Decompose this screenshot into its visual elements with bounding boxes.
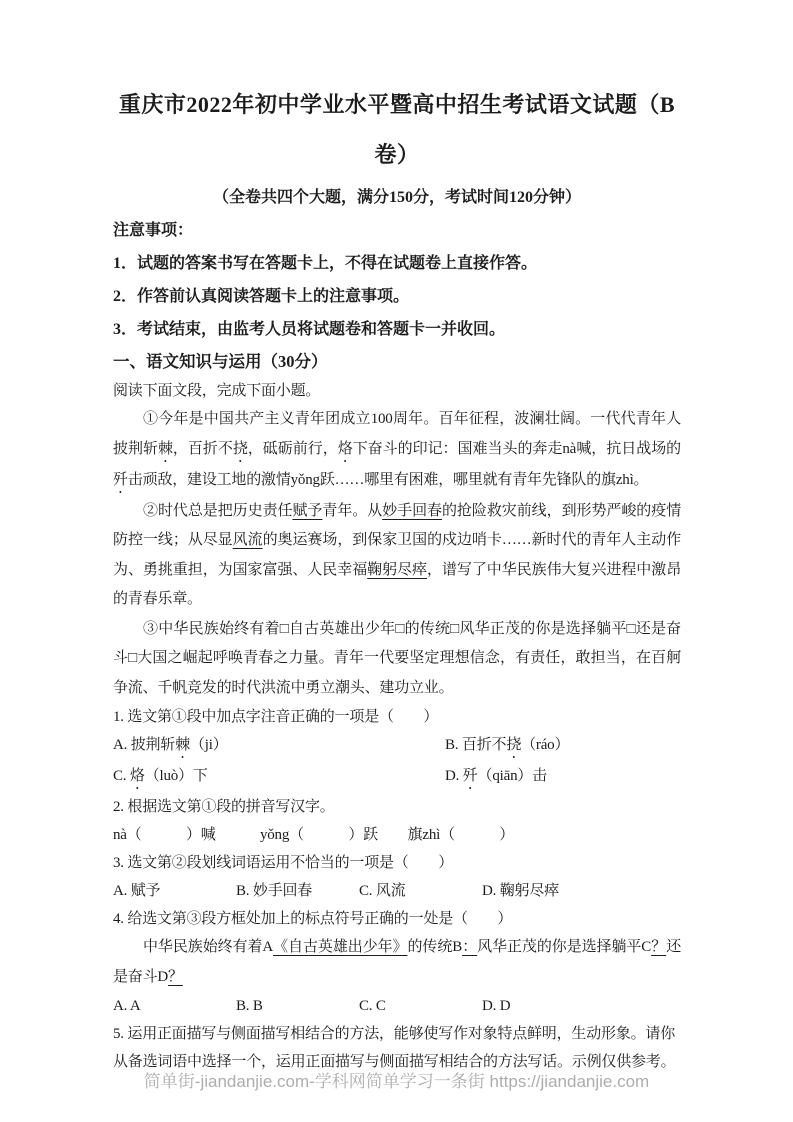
text-segment: D — [500, 998, 511, 1014]
option-label: C. — [359, 883, 376, 899]
option-label: A. — [113, 883, 131, 899]
text-segment: （luò）下 — [145, 768, 208, 784]
text-segment: 烙 — [338, 441, 353, 457]
option-label: D. — [482, 998, 500, 1014]
option-B: B. 百折不挠（ráo） — [445, 731, 569, 762]
text-segment: 赋予 — [131, 883, 161, 899]
text-segment: 中华民族始终有着A — [143, 939, 273, 955]
text-segment: （qiān）击 — [478, 768, 547, 784]
text-segment: 歼 — [463, 768, 478, 784]
option-A: A. 赋予 — [113, 877, 236, 905]
pinyin-fill-line: nà（ ）喊 yǒng（ ）跃 旗zhì（ ） — [113, 821, 681, 849]
option-D: D. 歼（qiān）击 — [445, 762, 547, 793]
option-C: C. 风流 — [359, 877, 482, 905]
option-A: A. A — [113, 992, 236, 1020]
option-D: D. 鞠躬尽瘁 — [482, 877, 559, 905]
text-segment: （ji） — [190, 737, 228, 753]
question-4-sentence: 中华民族始终有着A《自古英雄出少年》的传统B：风华正茂的你是选择躺平C？还是奋斗… — [113, 933, 681, 992]
option-label: A. — [113, 998, 130, 1014]
text-segment: 挠 — [233, 441, 248, 457]
text-segment: ②时代总是把历史责任 — [143, 503, 292, 519]
text-segment: 歼 — [113, 472, 128, 488]
text-segment: 风华正茂的你是选择躺平C — [477, 939, 651, 955]
option-C: C. 烙（luò）下 — [113, 762, 445, 793]
option-label: B. — [445, 737, 462, 753]
text-segment: 下奋斗的印记：国难当头的奔走nà喊，抗日战场的 — [353, 441, 681, 457]
text-segment: C — [376, 998, 386, 1014]
text-segment: ： — [462, 939, 477, 955]
exam-info-line: （全卷共四个大题，满分150分，考试时间120分钟） — [113, 182, 681, 214]
text-segment: 《自古英雄出少年》 — [273, 939, 407, 955]
text-segment: 青年。从 — [322, 503, 382, 519]
text-segment: 鞠躬尽瘁 — [367, 562, 427, 578]
text-segment: ？ — [651, 939, 666, 955]
option-B: B. B — [236, 992, 359, 1020]
question-1-options: A. 披荆斩棘（ji）B. 百折不挠（ráo）C. 烙（luò）下D. 歼（qi… — [113, 731, 681, 793]
option-D: D. D — [482, 992, 510, 1020]
question-2-stem: 2. 根据选文第①段的拼音写汉字。 — [113, 793, 681, 821]
text-segment: （ráo） — [521, 737, 569, 753]
text-segment: B — [253, 998, 263, 1014]
option-label: C. — [359, 998, 376, 1014]
notice-title: 注意事项： — [113, 214, 681, 247]
text-segment: 风流 — [376, 883, 406, 899]
text-segment: 棘 — [158, 441, 173, 457]
text-segment: 披荆斩 — [131, 737, 175, 753]
question-4-stem: 4. 给选文第③段方框处加上的标点符号正确的一处是（ ） — [113, 905, 681, 933]
question-3-options: A. 赋予B. 妙手回春C. 风流D. 鞠躬尽瘁 — [113, 877, 681, 905]
text-segment: 击顽敌，建设工地的激情yǒng跃……哪里有困难，哪里就有青年先锋队的旗zhì。 — [128, 472, 649, 488]
option-A: A. 披荆斩棘（ji） — [113, 731, 445, 762]
text-segment: 百折不 — [462, 737, 506, 753]
text-segment: 的传统B — [407, 939, 462, 955]
option-label: D. — [445, 768, 463, 784]
text-segment: ③中华民族始终有着□自古英雄出少年□的传统□风华正茂的你是选择躺平□还是奋斗□大… — [113, 621, 681, 696]
section-1-heading: 一、语文知识与运用（30分） — [113, 346, 681, 377]
text-segment: ？ — [168, 969, 183, 985]
text-segment: 风流 — [233, 532, 263, 548]
question-1-stem: 1. 选文第①段中加点字注音正确的一项是（ ） — [113, 703, 681, 731]
question-3-stem: 3. 选文第②段划线词语运用不恰当的一项是（ ） — [113, 849, 681, 877]
option-label: D. — [482, 883, 500, 899]
option-label: A. — [113, 737, 131, 753]
option-C: C. C — [359, 992, 482, 1020]
text-segment: 妙手回春 — [382, 503, 442, 519]
text-segment: A — [130, 998, 141, 1014]
text-segment: 妙手回春 — [253, 883, 312, 899]
text-segment: ，百折不 — [173, 441, 233, 457]
text-segment: 挠 — [506, 737, 521, 753]
passage-paragraph-1: ①今年是中国共产主义青年团成立100周年。百年征程，波澜壮阔。一代代青年人披荆斩… — [113, 405, 681, 497]
text-segment: 赋予 — [292, 503, 322, 519]
option-label: C. — [113, 768, 130, 784]
text-segment: 鞠躬尽瘁 — [500, 883, 559, 899]
passage-paragraph-3: ③中华民族始终有着□自古英雄出少年□的传统□风华正茂的你是选择躺平□还是奋斗□大… — [113, 615, 681, 704]
passage-paragraph-2: ②时代总是把历史责任赋予青年。从妙手回春的抢险救灾前线，到形势严峻的疫情防控一线… — [113, 497, 681, 615]
option-label: B. — [236, 883, 253, 899]
document-content: 重庆市2022年初中学业水平暨高中招生考试语文试题（B卷） （全卷共四个大题，满… — [0, 0, 793, 1076]
option-label: B. — [236, 998, 253, 1014]
question-4-options: A. AB. BC. CD. D — [113, 992, 681, 1020]
notice-item-2: 2．作答前认真阅读答题卡上的注意事项。 — [113, 280, 681, 313]
reading-intro: 阅读下面文段，完成下面小题。 — [113, 377, 681, 405]
page-title: 重庆市2022年初中学业水平暨高中招生考试语文试题（B卷） — [113, 80, 681, 180]
option-B: B. 妙手回春 — [236, 877, 359, 905]
text-segment: 烙 — [130, 768, 145, 784]
notice-item-1: 1．试题的答案书写在答题卡上，不得在试题卷上直接作答。 — [113, 247, 681, 280]
text-segment: ，砥砺前行， — [248, 441, 338, 457]
text-segment: 棘 — [175, 737, 190, 753]
watermark-footer: 简单街-jiandanjie.com-学科网简单学习一条街 https://ji… — [0, 1067, 793, 1092]
exam-page: { "page": { "background": "#ffffff", "te… — [0, 0, 793, 1122]
notice-item-3: 3．考试结束，由监考人员将试题卷和答题卡一并收回。 — [113, 313, 681, 346]
